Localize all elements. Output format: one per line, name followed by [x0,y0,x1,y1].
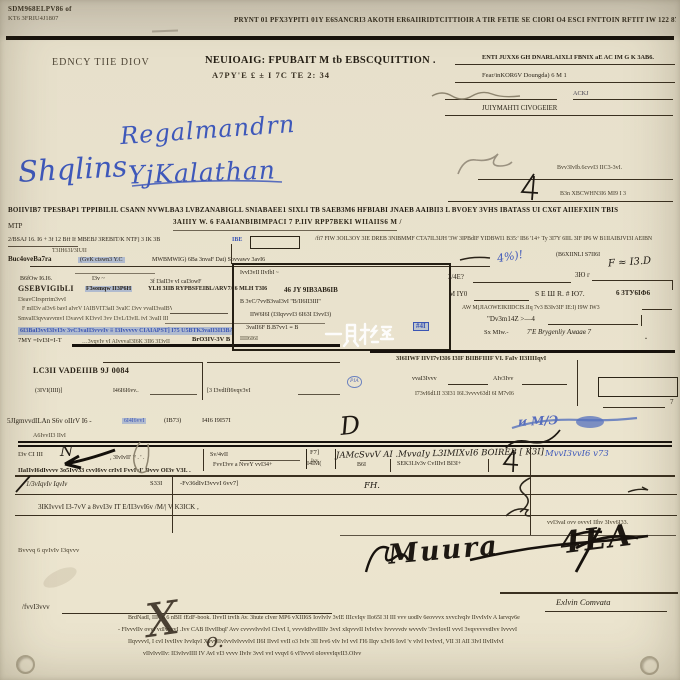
counter-signature-label: Exlvin Comvata [556,598,611,607]
right-col-r4: "Dv3m14Z >—4 [487,316,535,323]
footer-paragraph-3: IIqvvvvI, I cvI IvvIIvv IvvIqvI XvvvIIvI… [128,639,673,645]
bottom-signature-part2: 4LA [558,518,636,562]
section2-r2a: (3IVI(IIII)] [35,388,62,394]
notice-line-2: 3AIIIY W. 6 FAAIANBIBIMPACI 7 P.IIV RPP7… [173,219,402,226]
center-box-r2: 46 JY 9IB3AB6IB [284,287,338,294]
section2-r3-highlight: 6I4I6vvI [122,418,146,424]
right-col-r2c: 6 3ТУ6ІΦ6 [616,290,650,297]
table-header-2: Sv/4vII [210,452,228,458]
right-col-footer: 3I6IIWF IIVI7vI3I6 I3IF BIIBFIIIF VI. Fa… [396,356,546,363]
right-col-r5b: 7'E Brygenliу Aмаав 7 [527,329,591,336]
left-block-r4: F mII3v aI3v6 bavI aIvrV IAIBVIT3aII 3va… [22,306,172,312]
table-rowc-b: S33I [150,481,162,488]
pencil-loop-icon [458,154,512,174]
section2-right-box [598,377,678,397]
right-col-r1a: 3/4E? [448,274,464,281]
left-block-r7a: 7MY =IvI3I=I-T [18,338,62,345]
table-rowc-a: 1/3vIqvIv IqvIv [26,481,67,488]
footer-paragraph-1: BrdNadI, IIK o 6 nBII fEdF-book. IIvvII … [128,615,676,621]
row2-highlight: (GvK ctswn3 Y.C [78,257,125,263]
signature-blue-middle: YjKalathan [128,155,277,189]
section2-seven: 7 [670,399,674,406]
left-block-r6: 6I3BaI3vvI3IvI3v 3vC3vaII3vvvIv ≡ I3Ivvv… [18,327,234,335]
footer-left-note: Bvvvq 6 qvIvIv I3qvvv [18,548,79,555]
row1-hand-blue: 4%)! [496,248,524,265]
center-box-r1: IvvI3vII IIvIbI ~ [240,270,279,276]
hand-blue-scribble-text: ᴎ M/Ɔ [518,413,559,429]
bottom-signature-part1: Muura [387,530,500,571]
right-col-r2a: M IY0 [449,291,467,298]
section2-r4: A6IvvII3 IIvI [33,433,66,439]
authorization-label: /fvvI3vvv [22,604,50,611]
pencil-dash [152,30,178,33]
right-col-r5a: Sx MIw.- [484,330,509,337]
document-title: NEUIOAIG: FPUBAIT M tb EBSCQUITTION . [205,55,436,66]
row1-hand-script: F ≈ I3.D [608,256,652,270]
table-rowa-handwritten-blue: MvvI3vvI6 v73 [545,449,609,459]
signature-blue-top: Regalmandrn [119,110,296,150]
left-block-r1b: I3v ~ [92,276,105,282]
top-field-4: JUIYMAHTI CIVOGEIER [482,105,557,112]
table-rowc-d: FH. [364,481,380,491]
section2-right-b: AIv3Ivv [493,376,513,382]
top-field-3-label: ACKJ [573,91,588,98]
scanned-requisition-document: { "watermark": { "text": "一财经" }, "heade… [0,0,680,680]
left-block-r5: SmvaII3qvvavvmvI I3vavvI KI3vvI 3vv I3vL… [18,316,168,322]
right-col-r1b: 3Ю г [575,272,590,279]
arrow-dash-icon [628,487,648,492]
right-col-bottom-rule [370,350,675,353]
document-subtitle: A7PY'E £ ± I 7C TE 2: 34 [212,71,330,80]
punch-hole-right [640,656,659,675]
table-rowb: IIaIIvI6dIvvvv 3o5Ivv33 cvvI6vv crIvI Fv… [18,468,248,475]
table-rowb-c1: B6I [357,462,366,468]
header-ref-line-1: SDM968ELPV86 of [8,6,72,13]
center-box-r6: IIII6I6I [240,336,258,342]
right-col-r3: AW M[JIAOWEIKIIDCIS.IIq 7v3 B3Iv3IF IE:I… [462,305,642,311]
row1-left-blue: IBE [232,237,242,243]
row2-lead: Buc4oveBa7ra [8,256,52,263]
top-field-2: Fear/inKOR6V Doungda) 6 M 1 [482,73,567,80]
row1-left-text: 2/BSAJ 16. I6 + 3f 12 Bff If MBEBJ 3REBI… [8,237,246,243]
right-col-r5c: . [645,333,647,341]
section2-r3a: 5JIgmvvdILAn S6v oIIrV I6 - [7,418,92,425]
left-block-r2b: F3somqw II3P6H [85,286,132,292]
left-block-r1c: 3f I3aII3v vI caI3owF [150,279,201,285]
left-block-r1a: B6fOw I6.I6. [20,276,52,282]
signature-right-label-1: Bvv3IvIb.6cvvI3 IIC3-3vI. [557,165,622,171]
blue-blob-icon [576,416,604,428]
table-rowc-c: -Fv36dIvI3vvvI 6vv7] [180,481,238,488]
section2-r2b: I46I6I6vv.. [113,388,139,394]
table-rowa-mid2: I4IM( [307,461,321,467]
hand-letter-n: N [60,442,73,460]
section2-r3b: (IB73) [164,418,181,425]
hand-letter-d: D [339,410,362,441]
left-block-r2a: GSEBVIGIbLI [18,285,74,293]
notice-mtp: MTP [8,223,22,230]
section2-right-a: vvaI3Ivvv [412,376,437,382]
section2-title: LC3II VADEIIIB 9J 0084 [33,367,129,376]
section2-pia-stamp: PIA [347,376,362,388]
right-col-r2b: S E Ш R. # Ю7. [535,290,585,298]
row1-right-text: /fi7 FIW 3OIL3OY 3IE DREB 3NIBMMF CTA7IL… [315,236,675,243]
hand-check-4-icon [522,174,538,200]
hand-dash-icon [460,257,490,260]
left-block-r3: I3eavCIrsprrim3vvI [18,297,66,303]
footer-paragraph-2: - FIvvvIIv ovvI vdIvvcvI .Ivv CAB IIvvII… [118,627,676,633]
row1-sub-label: T3IH63I/3IUII [52,248,87,254]
ink-smudge [41,563,80,592]
table-rowa-handwritten: JAMcSvvV AI .MvvaIy L3IMIXvI6 BOIREB [ K… [336,447,544,461]
section2-right-c: I73vI6dI.II 33I31 I6I.3vvvv63dI 6I M7vI6 [415,391,514,397]
center-box-r4: IIW6I6I (I3IqvvvI3 6I63I I3vvI3) [250,312,331,318]
table-rowb-c2: SEK3I.Iv3v CvIIIvI BI3I+ [397,461,461,467]
pencil-squiggle-icon [432,92,520,99]
table-rowd: 3IKIvvvI I3-7vV a 8vvI3v IT E/II3vvI6v /… [38,504,199,511]
double-rule-top [18,441,672,443]
row1-empty-box [250,236,300,249]
header-ref-line-2: KT6 3FRIU4J1807 [8,16,58,23]
notice-line-1: BOIIVIB7 TPESBAP1 TPPIBILIL CSANN NVWLBA… [8,207,674,214]
s-curl-icon [520,478,530,512]
table-header-3: F7] [310,450,319,457]
signature-right-label-2: B3n XBCWHN3I6 MI9 I 3 [560,191,626,197]
signature-blue-left: Shqlins [17,149,128,189]
top-rule [6,36,674,40]
punch-hole-left [16,655,35,674]
section2-r2c: [3 I3vdIfI6vqv3vI [207,388,251,394]
table-header-1: I3v CI III [18,452,43,459]
footer-paragraph-4: vIIvIvvIIv: II3vIvvIIII IV AvI vI3 vvvv … [143,651,523,657]
center-box-chip: #4I [413,322,429,331]
top-field-1: ENTI JUXX6 GH DNARLAIXLI FBNIX aE AC IM … [482,55,677,62]
center-box-r5: 3vaII6F B.B7vv1 ≡ B [246,325,298,331]
section2-r3c: I4I6 I9I57I [202,418,231,425]
double-rule-bottom [18,445,672,447]
left-block-r7c: BrO3IV-3V B [192,337,230,344]
center-box-r3: B 3vC/7vvB3vaI3vI "B/II6II3III" [240,299,321,305]
header-top-line: PRYNT 01 PFX3YPIT1 01Y E6SANCRI3 AKOTH E… [234,17,676,24]
agency-name: EDNCY TIIE DIOV [52,58,150,69]
row1-hand-label: (B6XIINLI S7II6I [556,252,600,258]
table-rowa-left: , 3IvIvII' F . ' . [110,455,145,461]
